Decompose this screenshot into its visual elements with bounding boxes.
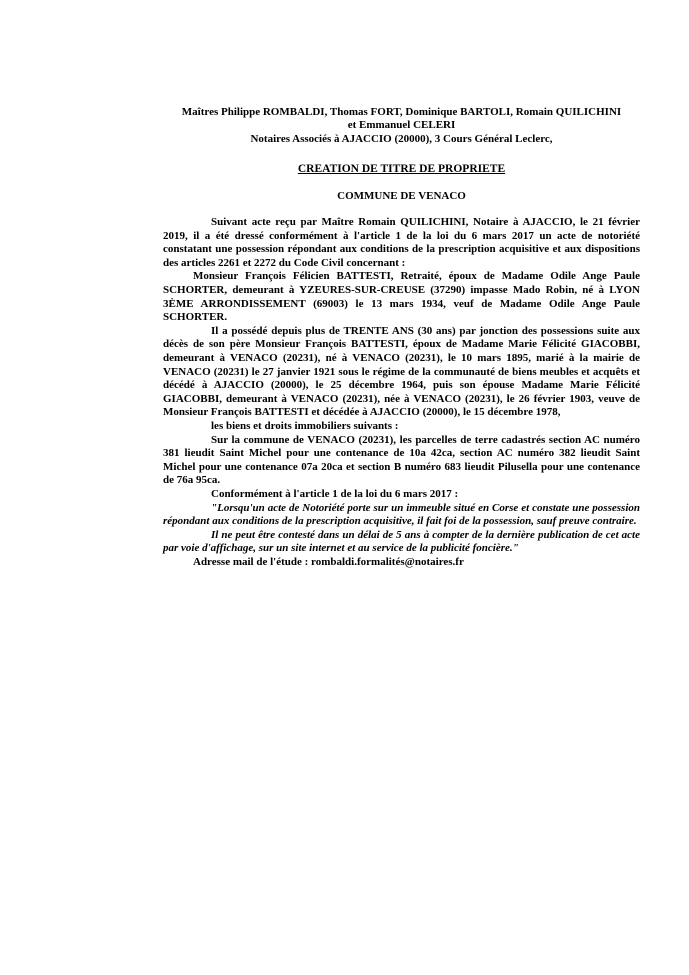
- letterhead-notaires-line: et Emmanuel CELERI: [163, 119, 640, 132]
- letterhead-address-line: Notaires Associés à AJACCIO (20000), 3 C…: [163, 133, 640, 146]
- paragraph-beneficiaire: Monsieur François Félicien BATTESTI, Ret…: [163, 270, 640, 324]
- line-conformement: Conformément à l'article 1 de la loi du …: [163, 488, 640, 502]
- line-adresse-mail: Adresse mail de l'étude : rombaldi.forma…: [163, 556, 640, 570]
- document-body: Suivant acte reçu par Maître Romain QUIL…: [163, 216, 640, 569]
- paragraph-acte-recu: Suivant acte reçu par Maître Romain QUIL…: [163, 216, 640, 270]
- paragraph-possession: Il a possédé depuis plus de TRENTE ANS (…: [163, 325, 640, 420]
- letterhead-notaires-line: Maîtres Philippe ROMBALDI, Thomas FORT, …: [163, 106, 640, 119]
- document-subtitle: COMMUNE DE VENACO: [163, 190, 640, 203]
- paragraph-citation-2: Il ne peut être contesté dans un délai d…: [163, 529, 640, 556]
- document-title: CREATION DE TITRE DE PROPRIETE: [163, 163, 640, 176]
- paragraph-citation-1: "Lorsqu'un acte de Notoriété porte sur u…: [163, 502, 640, 529]
- document-page: Maîtres Philippe ROMBALDI, Thomas FORT, …: [0, 0, 689, 975]
- line-biens-droits: les biens et droits immobiliers suivants…: [163, 420, 640, 434]
- paragraph-parcelles: Sur la commune de VENACO (20231), les pa…: [163, 434, 640, 488]
- letterhead: Maîtres Philippe ROMBALDI, Thomas FORT, …: [163, 106, 640, 146]
